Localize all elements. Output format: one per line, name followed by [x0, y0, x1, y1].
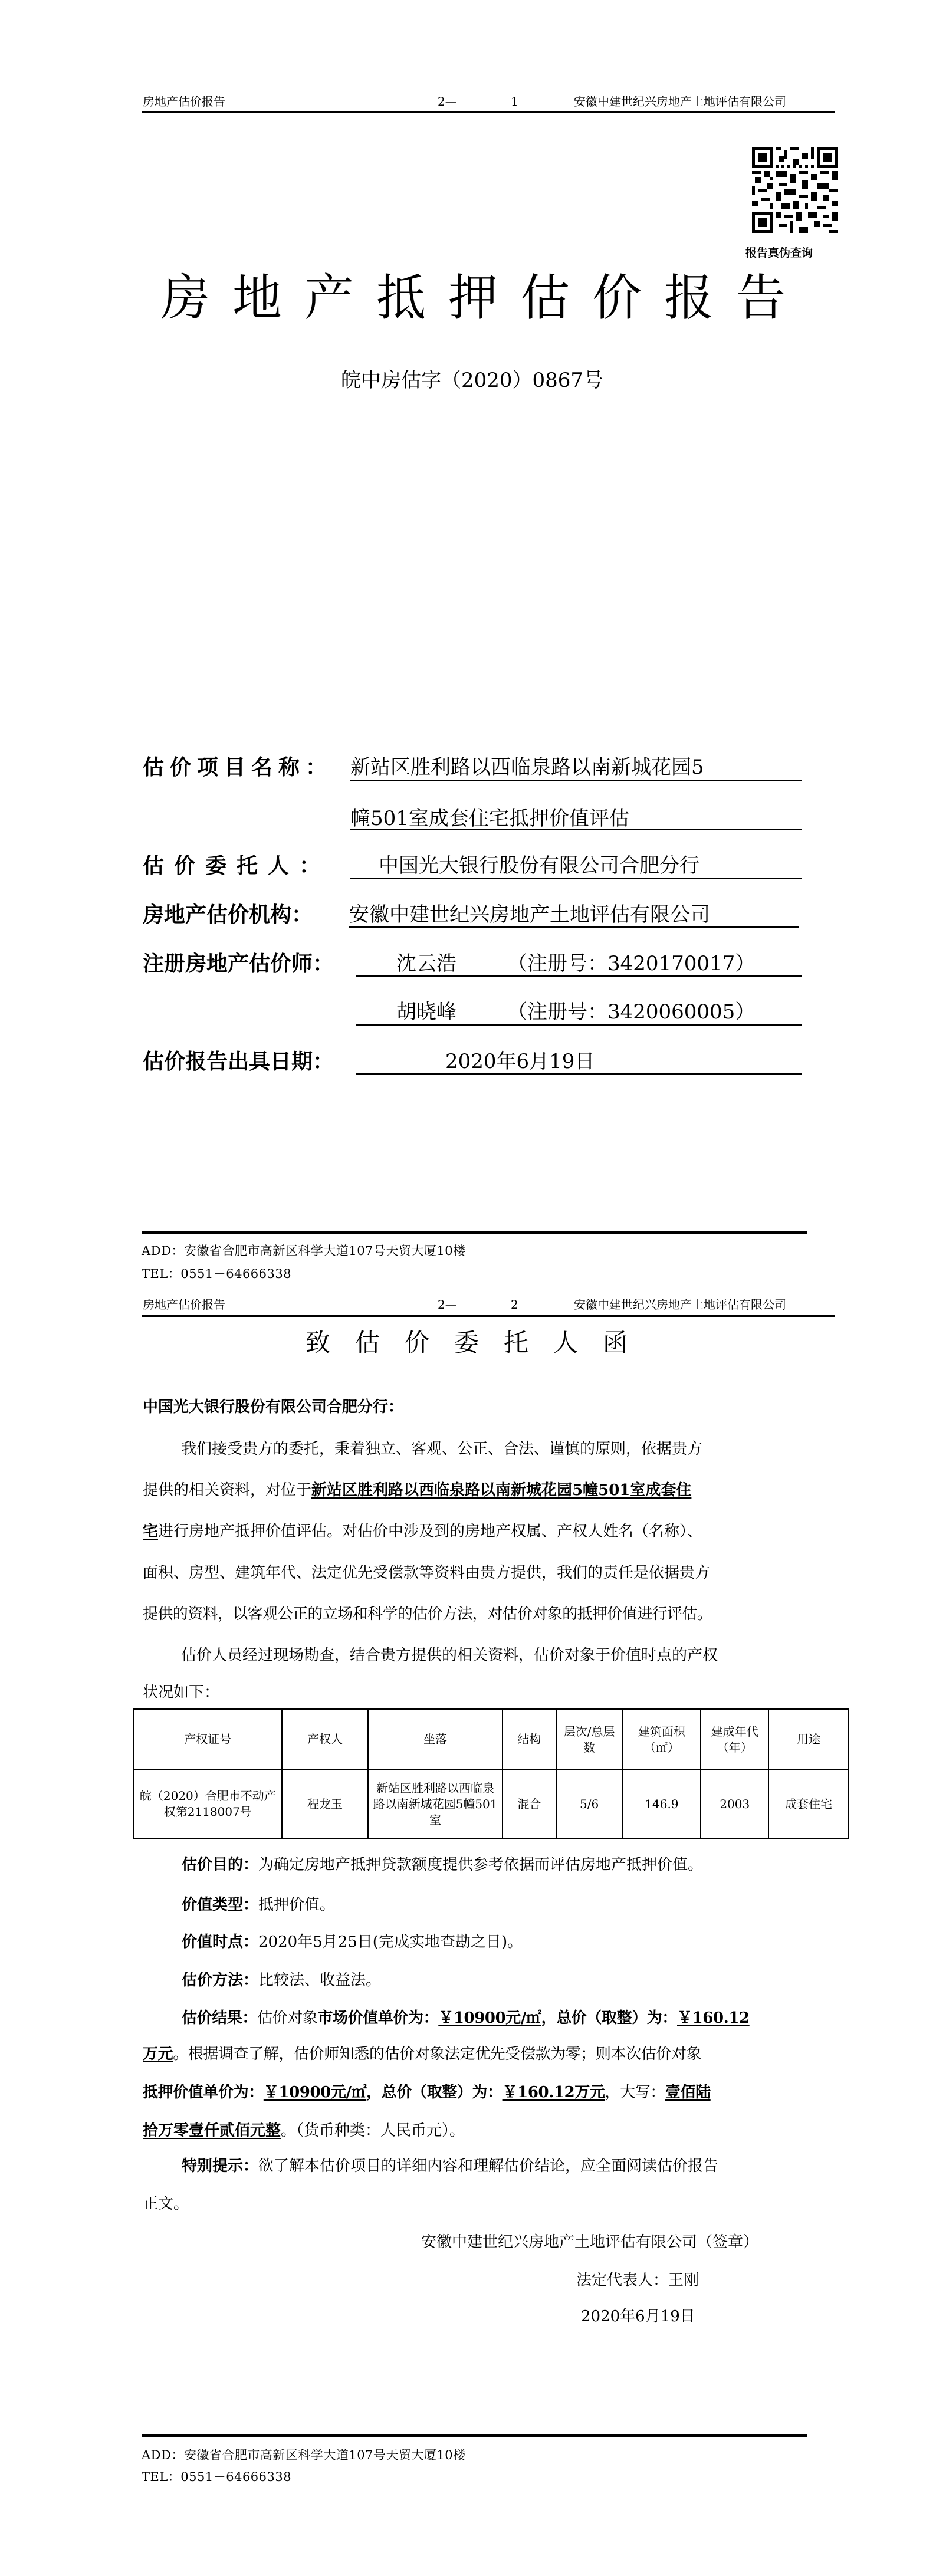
result-line3: 抵押价值单价为：￥10900元/㎡，总价（取整）为：￥160.12万元，大写：壹…	[143, 2084, 711, 2101]
issue-date-label: 估价报告出具日期：	[143, 1050, 334, 1073]
header-right: 安徽中建世纪兴房地产土地评估有限公司	[574, 95, 786, 108]
amount-in-words-end: 拾万零壹仟贰佰元整	[143, 2122, 281, 2140]
header-right: 安徽中建世纪兴房地产土地评估有限公司	[574, 1298, 786, 1311]
para2-line1: 估价人员经过现场勘查，结合贵方提供的相关资料，估价对象于价值时点的产权	[181, 1647, 718, 1664]
table-cell: 5/6	[556, 1770, 623, 1838]
mortgage-total-price: ￥160.12万元	[503, 2084, 605, 2101]
header-left: 房地产估价报告	[143, 95, 225, 108]
table-cell: 146.9	[622, 1770, 701, 1838]
appraiser-1-name: 沈云浩	[396, 952, 456, 975]
result-text: 。（货币种类：人民币元）。	[281, 2122, 465, 2140]
result-line1: 估价结果：估价对象市场价值单价为：￥10900元/㎡，总价（取整）为：￥160.…	[182, 2009, 750, 2027]
method-label: 估价方法：	[182, 1972, 258, 1989]
table-row: 皖（2020）合肥市不动产权第2118007号 程龙玉 新站区胜利路以西临泉路以…	[134, 1770, 849, 1838]
project-name-label: 估价项目名称：	[143, 755, 333, 779]
appraiser-1-reg: （注册号：3420170017）	[507, 952, 755, 975]
value-date-label: 价值时点：	[182, 1933, 258, 1951]
footer-divider	[142, 1231, 807, 1234]
result-text-bold: 市场价值单价为：	[317, 2009, 438, 2027]
agency-value: 安徽中建世纪兴房地产土地评估有限公司	[349, 903, 710, 926]
qr-label: 报告真伪查询	[745, 244, 813, 260]
addressee: 中国光大银行股份有限公司合肥分行：	[143, 1398, 403, 1416]
project-name-value-line1: 新站区胜利路以西临泉路以南新城花园5	[350, 755, 704, 779]
value-date-row: 价值时点：2020年5月25日(完成实地查勘之日)。	[182, 1933, 523, 1951]
table-header-row: 产权证号 产权人 坐落 结构 层次/总层数 建筑面积（㎡） 建成年代（年） 用途	[134, 1709, 849, 1770]
method-row: 估价方法：比较法、收益法。	[182, 1972, 381, 1989]
para2-line2: 状况如下：	[143, 1684, 219, 1701]
para1-line2: 提供的相关资料，对位于新站区胜利路以西临泉路以南新城花园5幢501室成套住	[143, 1481, 691, 1499]
appraiser-2-name: 胡晓峰	[396, 1000, 456, 1024]
notice-value: 欲了解本估价项目的详细内容和理解估价结论，应全面阅读估价报告	[258, 2157, 718, 2175]
header-page-prefix: 2—	[438, 95, 457, 108]
footer-address: ADD：安徽省合肥市高新区科学大道107号天贸大厦10楼	[142, 2448, 466, 2462]
result-line2: 万元。根据调查了解，估价师知悉的估价对象法定优先受偿款为零；则本次估价对象	[143, 2045, 701, 2063]
table-header-cell: 建成年代（年）	[701, 1709, 768, 1770]
issue-date-underline	[356, 1073, 802, 1075]
value-date-value: 2020年5月25日(完成实地查勘之日)。	[258, 1933, 523, 1951]
table-cell: 2003	[701, 1770, 768, 1838]
footer-divider	[142, 2434, 807, 2437]
table-header-cell: 结构	[503, 1709, 556, 1770]
property-address-highlight: 新站区胜利路以西临泉路以南新城花园5幢501室成套住	[311, 1481, 691, 1499]
mortgage-unit-price: ￥10900元/㎡	[264, 2084, 366, 2101]
footer-tel: TEL：0551－64666338	[142, 1267, 291, 1281]
signature-date: 2020年6月19日	[581, 2308, 695, 2325]
para1-line3-text: 进行房地产抵押价值评估。对估价中涉及到的房地产权属、产权人姓名（名称）、	[158, 1523, 702, 1540]
agency-label: 房地产估价机构：	[143, 903, 313, 926]
signature-company: 安徽中建世纪兴房地产土地评估有限公司（签章）	[421, 2233, 758, 2251]
appraiser-2-underline	[356, 1024, 802, 1026]
agency-underline	[349, 926, 799, 928]
table-cell: 成套住宅	[768, 1770, 849, 1838]
market-total-unit: 万元	[143, 2045, 173, 2063]
footer-tel: TEL：0551－64666338	[142, 2470, 291, 2484]
para1-line4: 面积、房型、建筑年代、法定优先受偿款等资料由贵方提供，我们的责任是依据贵方	[143, 1564, 710, 1582]
table-header-cell: 建筑面积（㎡）	[622, 1709, 701, 1770]
table-cell: 程龙玉	[282, 1770, 369, 1838]
appraiser-1-underline	[356, 975, 802, 977]
value-type-row: 价值类型：抵押价值。	[182, 1896, 335, 1914]
table-header-cell: 产权人	[282, 1709, 369, 1770]
purpose-row: 估价目的：为确定房地产抵押贷款额度提供参考依据而评估房地产抵押价值。	[182, 1856, 703, 1874]
report-title: 房地产抵押估价报告	[160, 271, 808, 324]
header-divider	[142, 111, 835, 113]
table-cell: 新站区胜利路以西临泉路以南新城花园5幢501室	[368, 1770, 503, 1838]
result-text: ，大写：	[605, 2084, 665, 2101]
header-divider	[142, 1315, 835, 1317]
appraiser-label: 注册房地产估价师：	[143, 952, 334, 975]
letter-title: 致估价委托人函	[306, 1329, 652, 1356]
result-text-bold: 总价（取整）为：	[556, 2009, 677, 2027]
purpose-value: 为确定房地产抵押贷款额度提供参考依据而评估房地产抵押价值。	[258, 1856, 703, 1874]
method-value: 比较法、收益法。	[258, 1972, 381, 1989]
notice-line1: 特别提示：欲了解本估价项目的详细内容和理解估价结论，应全面阅读估价报告	[182, 2157, 718, 2175]
client-label: 估价委托人：	[143, 854, 330, 878]
result-text: 估价对象	[257, 2009, 317, 2027]
para1-line2-text: 提供的相关资料，对位于	[143, 1481, 311, 1499]
market-unit-price: ￥10900元/㎡	[438, 2009, 541, 2027]
project-name-underline	[350, 780, 802, 781]
footer-address: ADD：安徽省合肥市高新区科学大道107号天贸大厦10楼	[142, 1244, 466, 1258]
issue-date-value: 2020年6月19日	[445, 1050, 595, 1073]
result-label: 估价结果：	[182, 2009, 257, 2027]
header-page-number: 1	[511, 95, 518, 108]
table-header-cell: 产权证号	[134, 1709, 282, 1770]
amount-in-words: 壹佰陆	[665, 2084, 711, 2101]
value-type-label: 价值类型：	[182, 1896, 258, 1914]
table-header-cell: 坐落	[368, 1709, 503, 1770]
property-address-highlight-end: 宅	[143, 1523, 158, 1540]
table-header-cell: 用途	[768, 1709, 849, 1770]
market-total-price: ￥160.12	[677, 2009, 750, 2027]
header-page-prefix: 2—	[438, 1298, 457, 1311]
project-name-underline-2	[350, 829, 802, 830]
mortgage-label: 抵押价值单价为：	[143, 2084, 264, 2101]
table-cell: 皖（2020）合肥市不动产权第2118007号	[134, 1770, 282, 1838]
header-page-number: 2	[511, 1298, 518, 1311]
qr-code-icon[interactable]	[752, 147, 838, 233]
header-left: 房地产估价报告	[143, 1298, 225, 1311]
report-number: 皖中房估字（2020）0867号	[341, 369, 603, 392]
table-cell: 混合	[503, 1770, 556, 1838]
para1-line1: 我们接受贵方的委托，秉着独立、客观、公正、合法、谨慎的原则，依据贵方	[181, 1440, 702, 1458]
client-value: 中国光大银行股份有限公司合肥分行	[379, 854, 699, 878]
purpose-label: 估价目的：	[182, 1856, 258, 1874]
result-text: 。根据调查了解，估价师知悉的估价对象法定优先受偿款为零；则本次估价对象	[173, 2045, 701, 2063]
table-header-cell: 层次/总层数	[556, 1709, 623, 1770]
result-text: ，	[541, 2009, 557, 2027]
project-name-value-line2: 幢501室成套住宅抵押价值评估	[350, 807, 629, 830]
para1-line5: 提供的资料，以客观公正的立场和科学的估价方法，对估价对象的抵押价值进行评估。	[143, 1605, 712, 1623]
signature-legal-rep: 法定代表人：王刚	[576, 2272, 699, 2289]
appraiser-2-reg: （注册号：3420060005）	[507, 1000, 755, 1024]
value-type-value: 抵押价值。	[258, 1896, 335, 1914]
result-line4: 拾万零壹仟贰佰元整。（货币种类：人民币元）。	[143, 2122, 465, 2140]
notice-label: 特别提示：	[182, 2157, 258, 2175]
notice-line2: 正文。	[143, 2195, 189, 2213]
result-text-bold: ，总价（取整）为：	[366, 2084, 502, 2101]
property-table: 产权证号 产权人 坐落 结构 层次/总层数 建筑面积（㎡） 建成年代（年） 用途…	[133, 1708, 849, 1839]
para1-line3: 宅进行房地产抵押价值评估。对估价中涉及到的房地产权属、产权人姓名（名称）、	[143, 1523, 702, 1540]
client-underline	[350, 878, 802, 879]
